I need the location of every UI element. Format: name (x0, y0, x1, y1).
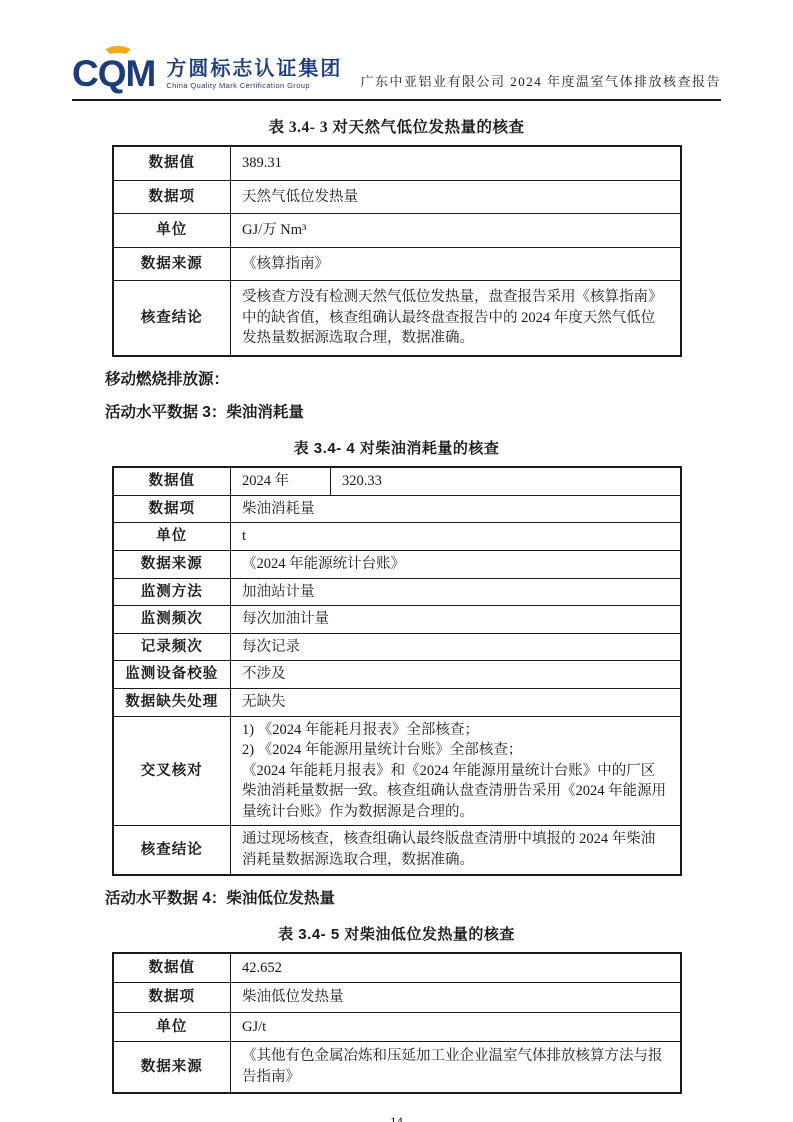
row-value: 每次记录 (231, 633, 681, 661)
row-value: 《核算指南》 (231, 247, 681, 281)
row-value: 柴油消耗量 (231, 495, 681, 523)
heading-activity-data-3: 活动水平数据 3：柴油消耗量 (105, 403, 721, 423)
table-row: 记录频次每次记录 (113, 633, 681, 661)
report-header-title: 广东中亚铝业有限公司 2024 年度温室气体排放核查报告 (360, 71, 721, 92)
row-label: 监测设备校验 (113, 661, 231, 689)
row-value: 2024 年 (231, 467, 331, 495)
table-row: 单位GJ/t (113, 1012, 681, 1042)
table-natural-gas-heat-value: 数据值389.31数据项天然气低位发热量单位GJ/万 Nm³数据来源《核算指南》… (112, 145, 682, 357)
row-label: 单位 (113, 523, 231, 551)
row-value: GJ/万 Nm³ (231, 214, 681, 248)
row-label: 数据缺失处理 (113, 688, 231, 716)
row-label: 监测方法 (113, 578, 231, 606)
row-label: 数据项 (113, 495, 231, 523)
logo-brand-block: 方圆标志认证集团 China Quality Mark Certificatio… (166, 58, 342, 90)
row-label: 数据项 (113, 180, 231, 214)
row-label: 核查结论 (113, 826, 231, 875)
row-label: 数据来源 (113, 1042, 231, 1093)
table-row: 单位GJ/万 Nm³ (113, 214, 681, 248)
table-row: 监测设备校验不涉及 (113, 661, 681, 689)
brand-name-english: China Quality Mark Certification Group (166, 81, 342, 90)
row-label: 数据值 (113, 953, 231, 983)
table-row: 数据值2024 年320.33 (113, 467, 681, 495)
row-value: 《2024 年能源统计台账》 (231, 551, 681, 579)
table-diesel-heat-value: 数据值42.652数据项柴油低位发热量单位GJ/t数据来源《其他有色金属冶炼和压… (112, 952, 682, 1094)
logo-arc-icon (102, 46, 134, 64)
table-row: 数据来源《2024 年能源统计台账》 (113, 551, 681, 579)
heading-mobile-combustion-source: 移动燃烧排放源： (105, 370, 721, 390)
table-row: 监测方法加油站计量 (113, 578, 681, 606)
row-label: 单位 (113, 1012, 231, 1042)
table-row: 数据缺失处理无缺失 (113, 688, 681, 716)
brand-name-chinese: 方圆标志认证集团 (166, 58, 342, 80)
table-row: 交叉核对1) 《2024 年能耗月报表》全部核查； 2) 《2024 年能源用量… (113, 716, 681, 826)
row-label: 核查结论 (113, 281, 231, 356)
row-label: 监测频次 (113, 606, 231, 634)
table-row: 数据项天然气低位发热量 (113, 180, 681, 214)
table-row: 核查结论受核查方没有检测天然气低位发热量，盘查报告采用《核算指南》中的缺省值，核… (113, 281, 681, 356)
row-value: 柴油低位发热量 (231, 983, 681, 1013)
row-value: 通过现场核查，核查组确认最终版盘查清册中填报的 2024 年柴油消耗量数据源选取… (231, 826, 681, 875)
row-value: 天然气低位发热量 (231, 180, 681, 214)
table-diesel-consumption: 数据值2024 年320.33数据项柴油消耗量单位t数据来源《2024 年能源统… (112, 466, 682, 875)
row-value: 《其他有色金属冶炼和压延加工业企业温室气体排放核算方法与报告指南》 (231, 1042, 681, 1093)
table-row: 监测频次每次加油计量 (113, 606, 681, 634)
row-label: 数据来源 (113, 551, 231, 579)
page-number: 14 (72, 1114, 721, 1122)
row-label: 交叉核对 (113, 716, 231, 826)
row-value: 不涉及 (231, 661, 681, 689)
table-row: 数据项柴油消耗量 (113, 495, 681, 523)
table2-title: 表 3.4- 4 对柴油消耗量的核查 (72, 437, 721, 458)
row-value: 1) 《2024 年能耗月报表》全部核查； 2) 《2024 年能源用量统计台账… (231, 716, 681, 826)
cqm-logo: CQM 方圆标志认证集团 China Quality Mark Certific… (72, 55, 342, 92)
row-value: 42.652 (231, 953, 681, 983)
row-value: GJ/t (231, 1012, 681, 1042)
table-row: 核查结论通过现场核查，核查组确认最终版盘查清册中填报的 2024 年柴油消耗量数… (113, 826, 681, 875)
row-label: 数据值 (113, 467, 231, 495)
heading-activity-data-4: 活动水平数据 4：柴油低位发热量 (105, 889, 721, 909)
row-label: 单位 (113, 214, 231, 248)
row-value: 320.33 (331, 467, 681, 495)
row-value: 加油站计量 (231, 578, 681, 606)
cqm-logo-acronym: CQM (72, 55, 155, 92)
table-row: 单位t (113, 523, 681, 551)
row-value: 无缺失 (231, 688, 681, 716)
table3-title: 表 3.4- 5 对柴油低位发热量的核查 (72, 923, 721, 944)
table-row: 数据值389.31 (113, 146, 681, 180)
row-value: t (231, 523, 681, 551)
row-value: 389.31 (231, 146, 681, 180)
row-value: 受核查方没有检测天然气低位发热量，盘查报告采用《核算指南》中的缺省值，核查组确认… (231, 281, 681, 356)
page-header: CQM 方圆标志认证集团 China Quality Mark Certific… (72, 55, 721, 101)
page: CQM 方圆标志认证集团 China Quality Mark Certific… (0, 0, 793, 1122)
table-row: 数据项柴油低位发热量 (113, 983, 681, 1013)
row-label: 数据来源 (113, 247, 231, 281)
row-label: 数据项 (113, 983, 231, 1013)
table1-title: 表 3.4- 3 对天然气低位发热量的核查 (72, 115, 721, 137)
table-row: 数据来源《核算指南》 (113, 247, 681, 281)
row-label: 数据值 (113, 146, 231, 180)
table-row: 数据值42.652 (113, 953, 681, 983)
table-row: 数据来源《其他有色金属冶炼和压延加工业企业温室气体排放核算方法与报告指南》 (113, 1042, 681, 1093)
row-label: 记录频次 (113, 633, 231, 661)
row-value: 每次加油计量 (231, 606, 681, 634)
